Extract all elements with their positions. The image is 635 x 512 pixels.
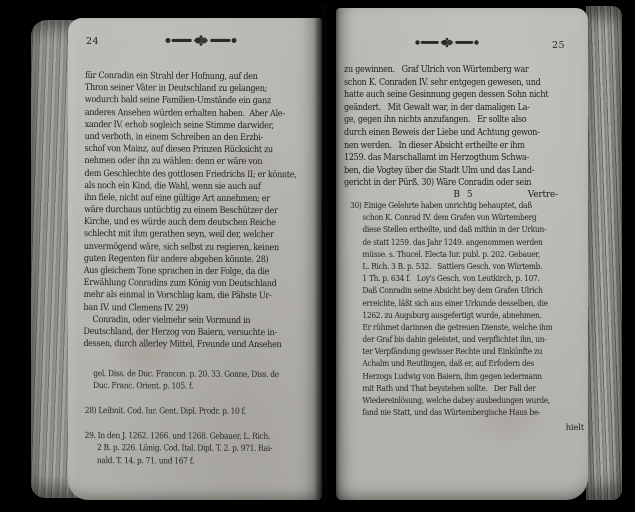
footnote-catchword: hielt	[344, 422, 588, 434]
footnote-line: Wiedereinlösung, welche dabey ausbedunge…	[350, 395, 588, 407]
footnote-line: schon K. Conrad IV. dem Grafen von Würte…	[350, 212, 588, 224]
footnote-line: Er rühmet darinnen die getreuen Dienste,…	[350, 322, 588, 334]
footnote-line: erreichte, läßt sich aus einer Urkunde d…	[350, 298, 588, 310]
footnote-line: de statt 1259. das Jahr 1249. angenommen…	[350, 237, 588, 249]
fore-edge-right	[586, 6, 622, 500]
footnote-line: 1 Th. p. 634 f. Loy's Gesch. von Leutkir…	[350, 273, 588, 285]
body-line: ge, gegen ihn nichts anzufangen. Er soll…	[344, 114, 588, 127]
footnote-line: Achalm und Reutlingen, daß er, auf Erfod…	[350, 358, 588, 370]
footnote-line: diese Stellen ertheilte, und daß mithin …	[350, 224, 588, 236]
footnote-line: Daß Conradin seine Absicht bey dem Grafe…	[350, 285, 588, 297]
body-line: nen werden. In dieser Absicht ertheilte …	[344, 140, 588, 153]
catchword-left: zu	[85, 351, 322, 363]
body-line: schon K. Conraden IV. sehr entgegen gewe…	[344, 77, 588, 90]
right-footnotes: 30) Einige Gelehrte haben unrichtig beha…	[350, 200, 588, 419]
page-number-right: 25	[552, 40, 565, 51]
head-ornament-icon	[414, 36, 480, 49]
book-scan: 24 für Conradin ein Strahl der Hofnung, …	[0, 0, 635, 512]
footnote-line: 28) Leibnit. Cod. Iur. Gent. Dipl. Prodr…	[85, 405, 322, 419]
body-line: hatte auch seine Gesinnung gegen dessen …	[344, 89, 588, 102]
footnote-line: Herzogs Ludwig von Baiern, ihm gegen ied…	[350, 371, 588, 383]
footnote-line: 2 B. p. 226. Lünig. Cod. Ital. Dipl. T. …	[85, 442, 322, 456]
left-page: 24 für Conradin ein Strahl der Hofnung, …	[68, 18, 322, 500]
body-line: gericht in der Pürß. 30) Wäre Conradin o…	[344, 177, 588, 190]
right-body-text: zu gewinnen. Graf Ulrich von Würtemberg …	[344, 64, 588, 190]
footnote-line: ter Verpfändung gewisser Rechte und Eink…	[350, 346, 588, 358]
footnote-line: 30) Einige Gelehrte haben unrichtig beha…	[350, 200, 588, 212]
left-footnotes: gel. Diss. de Duc. Francon. p. 20. 33. G…	[84, 368, 322, 468]
footnote-line: der Graf bis dahin geleistet, und verpfl…	[350, 334, 588, 346]
body-line: zu gewinnen. Graf Ulrich von Würtemberg …	[344, 64, 588, 77]
body-line: durch einen Beweis der Liebe und Achtung…	[344, 127, 588, 140]
catchword-right: Vertre-	[528, 190, 558, 200]
footnote-line: fand nie Statt, und das Würtembergische …	[350, 407, 588, 419]
footnote-line: Duc. Franc. Orient. p. 105. f.	[85, 380, 322, 394]
footnote-line: nald. T. 14. p. 71. und 167 f.	[84, 455, 322, 469]
body-line: dem Geschlechte des gottlosen Friedrichs…	[84, 167, 322, 181]
body-line: ben, die Vogtey über die Stadt Ulm und d…	[344, 165, 588, 178]
right-page: 25 zu gewinnen. Graf Ulrich von Würtembe…	[336, 8, 588, 500]
head-ornament-icon	[164, 34, 238, 47]
body-line: wodurch bald seine Familien-Umstände ein…	[85, 94, 322, 108]
body-line: mehr als einmal in Vorschlag kam, die Pä…	[84, 289, 322, 303]
footnote-line: 1262. zu Augsburg ausgefertigt wurde, ab…	[350, 310, 588, 322]
footnote-line: müsse. s. Thucel. Electa Iur. publ. p. 2…	[350, 249, 588, 261]
page-number-left: 24	[86, 36, 99, 47]
left-body-text: für Conradin ein Strahl der Hofnung, auf…	[83, 70, 322, 352]
gutter-shadow	[314, 4, 340, 504]
footnote-line: mit Rath und That beystehen sollte. Der …	[350, 383, 588, 395]
footnote-line: L. Rich. 3 B. p. 532. Sattlers Gesch. vo…	[350, 261, 588, 273]
body-line: nehmen oder ihn zu wählen: denn er wäre …	[84, 155, 322, 169]
body-line: 1259. das Marschallamt im Herzogthum Sch…	[344, 152, 588, 165]
body-line: geändert. Mit Gewalt war, in der damalig…	[344, 102, 588, 115]
body-line: schlecht mit ihm gerathen seyn, weil der…	[84, 228, 322, 242]
body-line: dessen, durch allerley Mittel, Freunde u…	[83, 338, 322, 352]
